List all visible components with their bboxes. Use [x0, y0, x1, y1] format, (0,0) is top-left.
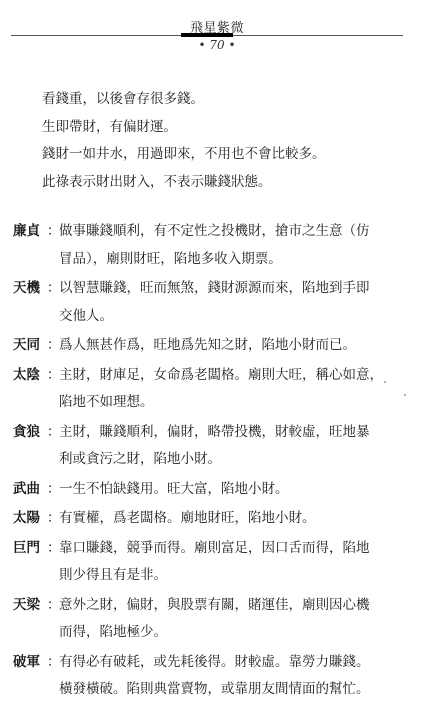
star-description: 主財，賺錢順利，偏財，略帶投機，財較虛，旺地暴 利或貪污之財，陷地小財。 [59, 419, 423, 474]
star-description: 爲人無甚作爲，旺地爲先知之財，陷地小財而已。 [59, 332, 423, 360]
description-line: 交他人。 [59, 303, 423, 331]
star-description: 一生不怕缺錢用。旺大富，陷地小財。 [59, 476, 423, 504]
colon: ： [47, 505, 59, 533]
star-name: 天機 [13, 275, 47, 330]
star-name: 巨門 [13, 535, 47, 590]
scan-speck [384, 381, 386, 383]
description-line: 有得必有破耗，或先耗後得。財較虛。靠勞力賺錢。 [59, 649, 423, 677]
star-entry: 貪狼 ： 主財，賺錢順利，偏財，略帶投機，財較虛，旺地暴 利或貪污之財，陷地小財… [13, 419, 423, 474]
colon: ： [47, 362, 59, 417]
description-line: 冒品），廟則財旺，陷地多收入期票。 [59, 246, 423, 274]
description-line: 而得，陷地極少。 [59, 619, 423, 647]
star-description: 靠口賺錢，競爭而得。廟則富足，因口舌而得，陷地 則少得且有是非。 [59, 535, 423, 590]
description-line: 爲人無甚作爲，旺地爲先知之財，陷地小財而已。 [59, 332, 423, 360]
star-entry: 天同 ： 爲人無甚作爲，旺地爲先知之財，陷地小財而已。 [13, 332, 423, 360]
colon: ： [47, 592, 59, 647]
star-name: 太陽 [13, 505, 47, 533]
colon: ： [47, 419, 59, 474]
colon: ： [47, 275, 59, 330]
star-name: 太陰 [13, 362, 47, 417]
description-line: 則少得且有是非。 [59, 562, 423, 590]
description-line: 陷地不如理想。 [59, 389, 423, 417]
star-entry: 巨門 ： 靠口賺錢，競爭而得。廟則富足，因口舌而得，陷地 則少得且有是非。 [13, 535, 423, 590]
star-name: 廉貞 [13, 218, 47, 273]
intro-line: 看錢重，以後會存很多錢。 [42, 86, 326, 114]
star-entry: 武曲 ： 一生不怕缺錢用。旺大富，陷地小財。 [13, 476, 423, 504]
header-rule-accent [181, 33, 233, 37]
star-description: 以智慧賺錢，旺而無煞，錢財源源而來，陷地到手即 交他人。 [59, 275, 423, 330]
star-entry: 破軍 ： 有得必有破耗，或先耗後得。財較虛。靠勞力賺錢。 橫發橫破。陷則典當賣物… [13, 649, 423, 704]
star-name: 天同 [13, 332, 47, 360]
scan-speck [404, 394, 406, 396]
star-description: 做事賺錢順利，有不定性之投機財，搶市之生意（仿 冒品），廟則財旺，陷地多收入期票… [59, 218, 423, 273]
colon: ： [47, 535, 59, 590]
star-name: 破軍 [13, 649, 47, 704]
star-name: 貪狼 [13, 419, 47, 474]
star-entry: 天梁 ： 意外之財，偏財，與股票有關，賭運佳，廟則因心機 而得，陷地極少。 [13, 592, 423, 647]
colon: ： [47, 218, 59, 273]
star-entry: 太陰 ： 主財，財庫足，女命爲老闆格。廟則大旺，稱心如意， 陷地不如理想。 [13, 362, 423, 417]
star-description: 有實權，爲老闆格。廟地財旺，陷地小財。 [59, 505, 423, 533]
star-description: 有得必有破耗，或先耗後得。財較虛。靠勞力賺錢。 橫發橫破。陷則典當賣物，或靠朋友… [59, 649, 423, 704]
description-line: 以智慧賺錢，旺而無煞，錢財源源而來，陷地到手即 [59, 275, 423, 303]
description-line: 主財，財庫足，女命爲老闆格。廟則大旺，稱心如意， [59, 362, 423, 390]
star-description: 意外之財，偏財，與股票有關，賭運佳，廟則因心機 而得，陷地極少。 [59, 592, 423, 647]
description-line: 有實權，爲老闆格。廟地財旺，陷地小財。 [59, 505, 423, 533]
description-line: 主財，賺錢順利，偏財，略帶投機，財較虛，旺地暴 [59, 419, 423, 447]
intro-line: 生即帶財，有偏財運。 [42, 114, 326, 142]
description-line: 橫發橫破。陷則典當賣物，或靠朋友間情面的幫忙。 [59, 676, 423, 704]
star-entry: 天機 ： 以智慧賺錢，旺而無煞，錢財源源而來，陷地到手即 交他人。 [13, 275, 423, 330]
star-entry: 太陽 ： 有實權，爲老闆格。廟地財旺，陷地小財。 [13, 505, 423, 533]
star-entry: 廉貞 ： 做事賺錢順利，有不定性之投機財，搶市之生意（仿 冒品），廟則財旺，陷地… [13, 218, 423, 273]
colon: ： [47, 332, 59, 360]
star-entries-list: 廉貞 ： 做事賺錢順利，有不定性之投機財，搶市之生意（仿 冒品），廟則財旺，陷地… [13, 218, 423, 706]
star-name: 武曲 [13, 476, 47, 504]
intro-paragraph: 看錢重，以後會存很多錢。 生即帶財，有偏財運。 錢財一如井水，用過即來，不用也不… [42, 86, 326, 196]
description-line: 一生不怕缺錢用。旺大富，陷地小財。 [59, 476, 423, 504]
colon: ： [47, 649, 59, 704]
colon: ： [47, 476, 59, 504]
description-line: 利或貪污之財，陷地小財。 [59, 446, 423, 474]
page-number: • 70 • [0, 38, 434, 52]
star-name: 天梁 [13, 592, 47, 647]
star-description: 主財，財庫足，女命爲老闆格。廟則大旺，稱心如意， 陷地不如理想。 [59, 362, 423, 417]
intro-line: 錢財一如井水，用過即來，不用也不會比較多。 [42, 141, 326, 169]
description-line: 做事賺錢順利，有不定性之投機財，搶市之生意（仿 [59, 218, 423, 246]
description-line: 靠口賺錢，競爭而得。廟則富足，因口舌而得，陷地 [59, 535, 423, 563]
description-line: 意外之財，偏財，與股票有關，賭運佳，廟則因心機 [59, 592, 423, 620]
intro-line: 此祿表示財出財入，不表示賺錢狀態。 [42, 169, 326, 197]
